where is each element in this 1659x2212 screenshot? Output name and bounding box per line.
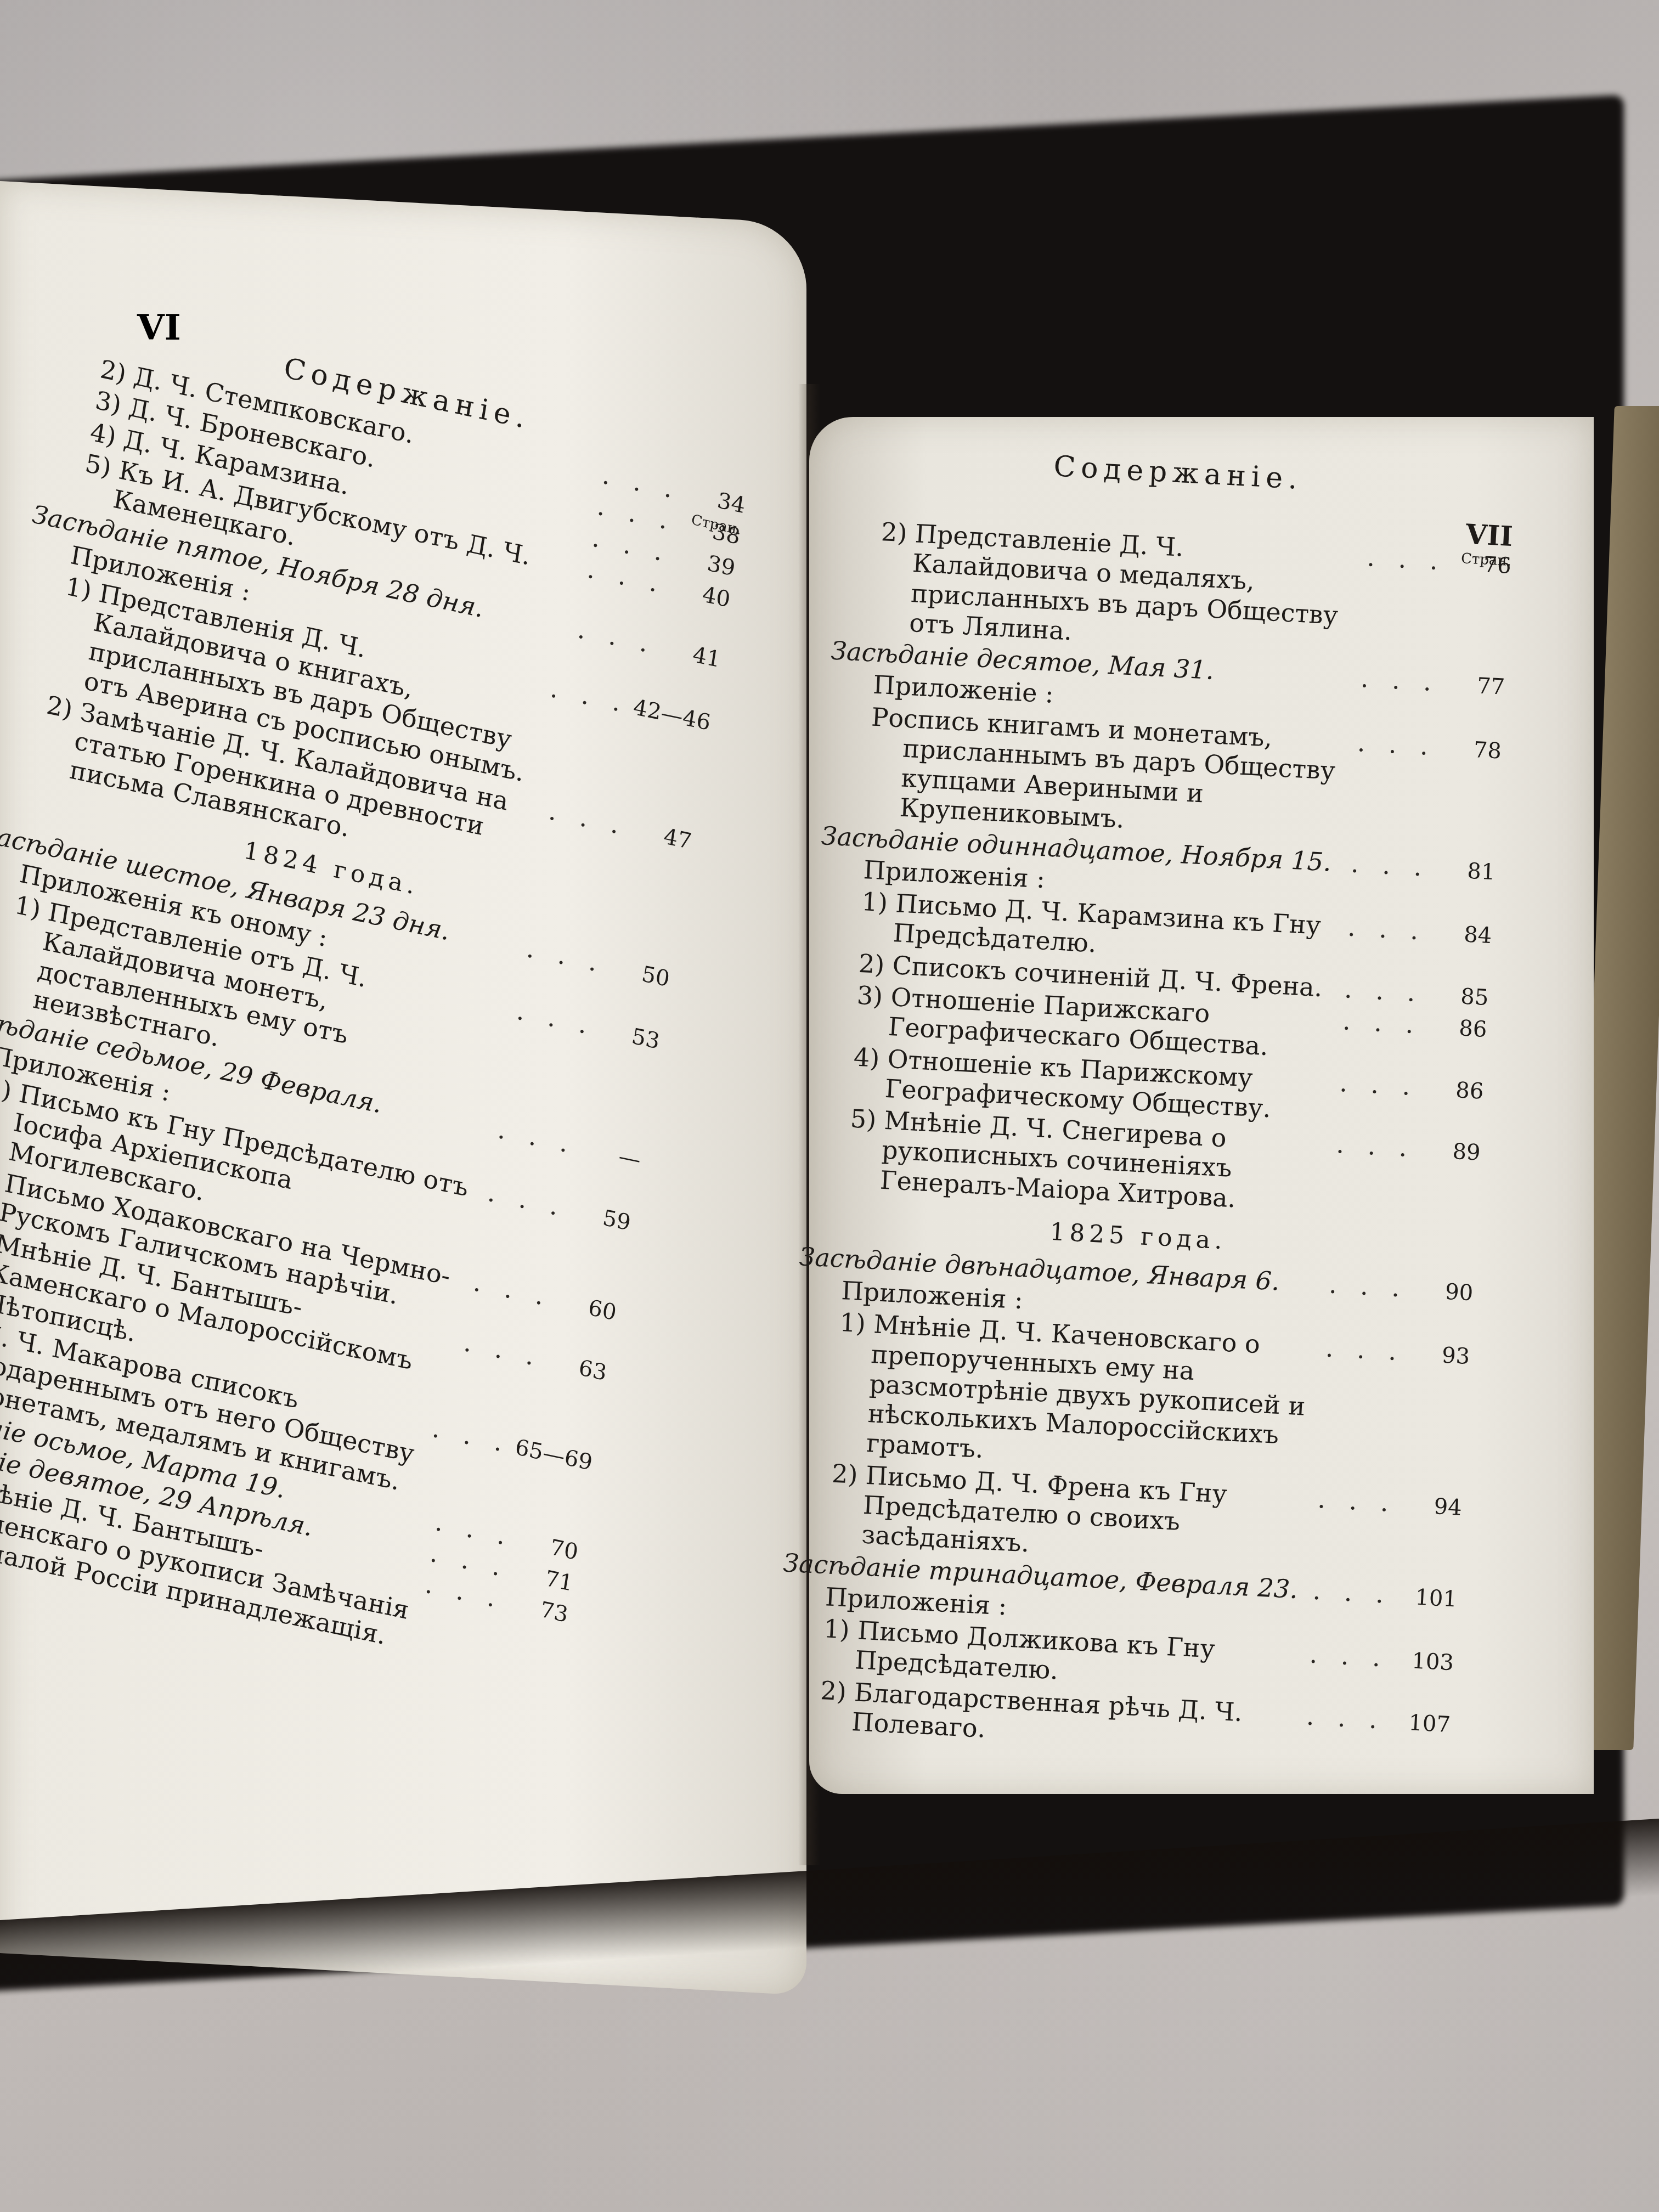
dot-leader: . . . [1328, 1269, 1408, 1303]
entry-page-number: 40 [668, 575, 732, 613]
entry-page-number: 77 [1444, 672, 1505, 701]
entry-page-number: 90 [1412, 1277, 1474, 1306]
entry-page-number: 101 [1396, 1583, 1458, 1612]
entry-title: 1) Мнѣніе Д. Ч. Каченовскаго о препоруче… [833, 1307, 1321, 1481]
dot-leader: . . . [1335, 1129, 1415, 1163]
entry-page-number: 78 [1441, 736, 1502, 765]
entry-page-number: 86 [1426, 1014, 1487, 1043]
dot-leader: . . . [1317, 1484, 1397, 1518]
dot-leader: . . . [1312, 1575, 1392, 1609]
dot-leader: . . . [1357, 727, 1437, 761]
dot-leader: . . . [1366, 542, 1446, 576]
dot-leader: . . . [1339, 1068, 1419, 1102]
entry-page-number: 89 [1419, 1137, 1481, 1166]
page-number: VII [1465, 518, 1514, 552]
entry-page-number: 93 [1409, 1341, 1470, 1370]
entry-page-number: 86 [1423, 1076, 1484, 1105]
entry-page-number: 81 [1434, 856, 1496, 885]
right-page: Содержаніе. VII Стран. 2) Представленіе … [809, 417, 1594, 1794]
toc-list: 2) Представленіе Д. Ч. Калайдовича о мед… [774, 515, 1512, 1768]
dot-leader: . . . [1306, 1701, 1386, 1735]
dot-leader: . . . [1347, 912, 1427, 946]
entry-page-number: 85 [1427, 982, 1489, 1011]
entry-page-number: 53 [598, 1017, 662, 1055]
dot-leader: . . . [1344, 974, 1424, 1008]
entry-page-number: 60 [555, 1288, 618, 1326]
entry-title: Роспись книгамъ и монетамъ, присланнымъ … [866, 702, 1353, 846]
dot-leader: . . . [1350, 848, 1430, 882]
entry-page-number: 84 [1431, 921, 1492, 950]
dot-leader: . . . [1309, 1639, 1389, 1673]
entry-title: 2) Представленіе Д. Ч. Калайдовича о мед… [876, 517, 1362, 661]
entry-page-number: 47 [630, 817, 693, 855]
entry-page-number: 103 [1393, 1647, 1454, 1677]
entry-page-number: 73 [506, 1590, 570, 1628]
dot-leader: . . . [1325, 1333, 1405, 1367]
page-number: VI [137, 307, 181, 348]
dot-leader: . . . [1360, 663, 1440, 697]
toc-list: 2) Д. Ч. Стемпковскаго.. . .343) Д. Ч. Б… [0, 345, 748, 1687]
right-page-content: Содержаніе. VII Стран. 2) Представленіе … [774, 439, 1516, 1770]
entry-page-number: 94 [1401, 1492, 1462, 1521]
dot-leader: . . . [1342, 1006, 1422, 1040]
entry-page-number: 63 [545, 1348, 608, 1386]
entry-page-number: 59 [569, 1199, 633, 1237]
page-column-label: Стран. [1460, 550, 1511, 569]
entry-page-number: 107 [1390, 1709, 1451, 1738]
left-page: Содержаніе. Стран. 2) Д. Ч. Стемпковскаг… [0, 181, 806, 1995]
left-page-content: Содержаніе. Стран. 2) Д. Ч. Стемпковскаг… [0, 305, 754, 1689]
